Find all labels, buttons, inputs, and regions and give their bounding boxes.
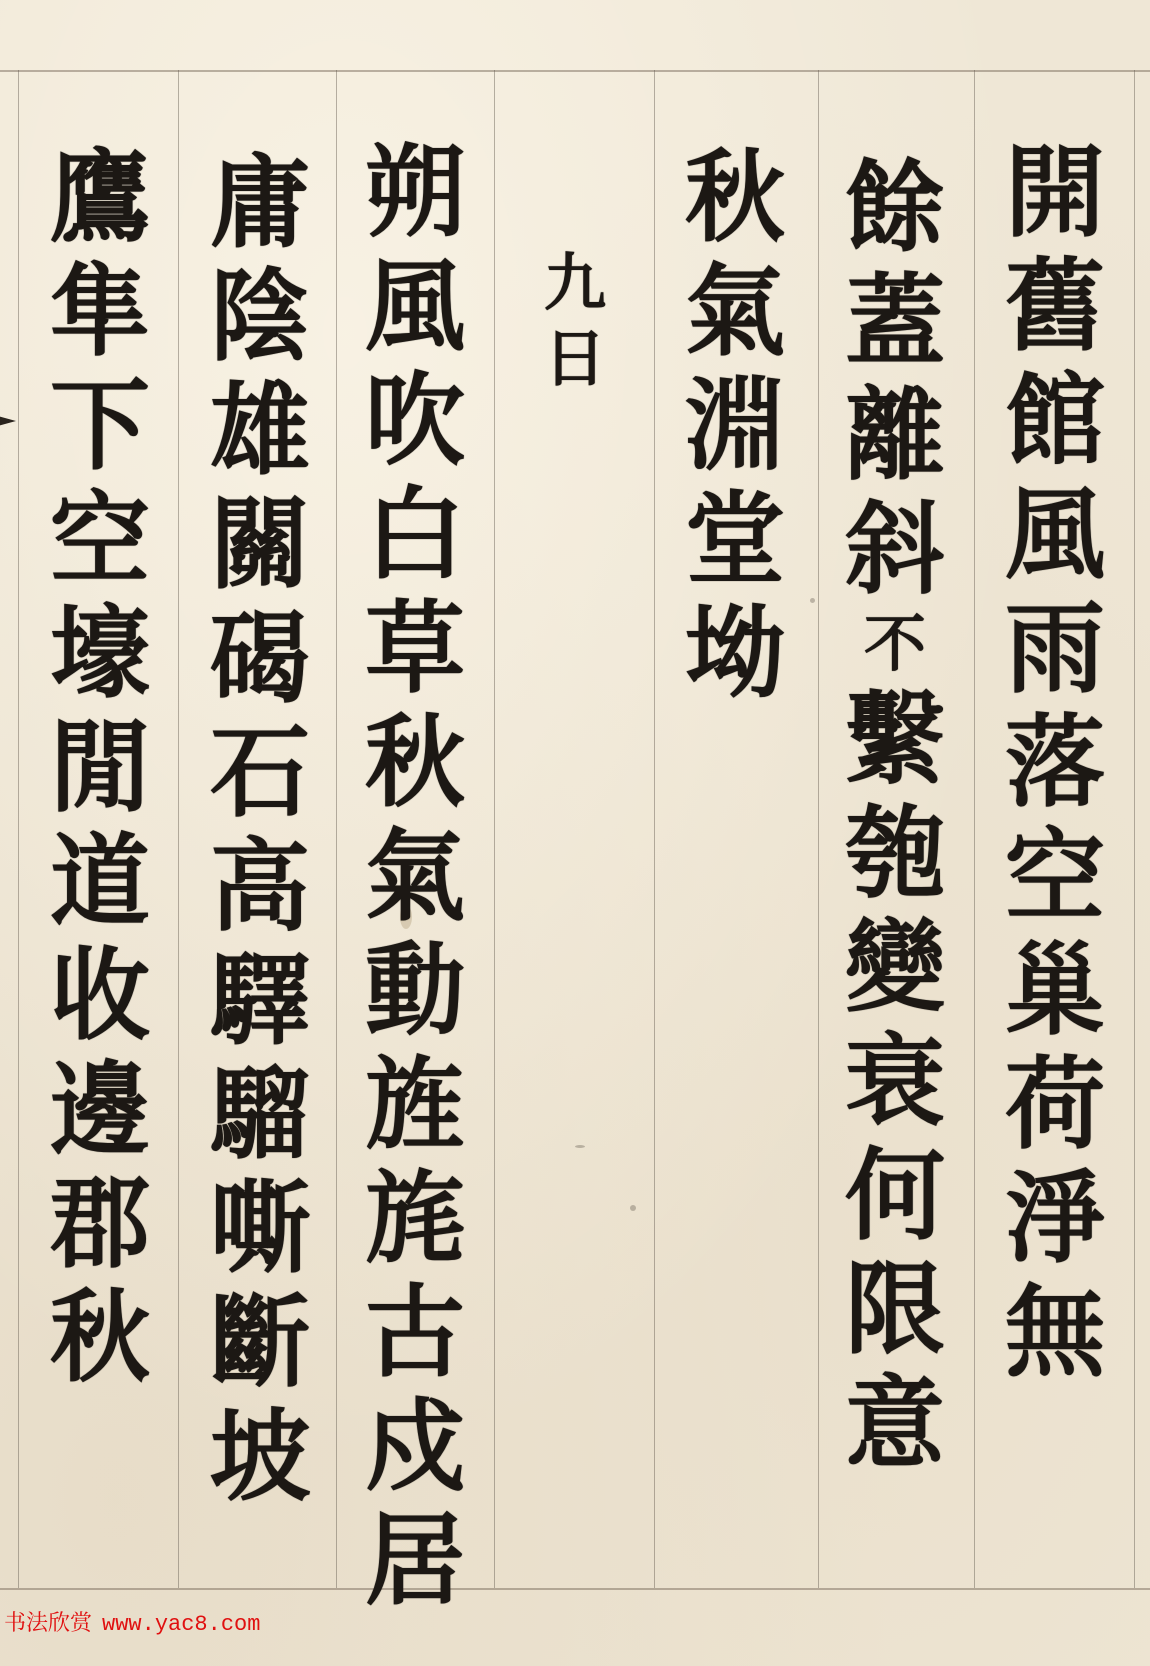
text-column-3: 秋 氣 淵 堂 坳 [680, 140, 790, 710]
glyph: 驛 [210, 943, 310, 1057]
glyph: 離 [845, 378, 945, 492]
paper-speck [810, 598, 815, 603]
glyph: 騮 [210, 1057, 310, 1171]
glyph: 邊 [50, 1052, 150, 1166]
glyph: 落 [1005, 705, 1105, 819]
glyph: 空 [1005, 819, 1105, 933]
glyph: 關 [210, 487, 310, 601]
glyph: 氣 [685, 254, 785, 368]
column-rule [336, 70, 337, 1588]
glyph: 淨 [1005, 1161, 1105, 1275]
glyph: 動 [365, 933, 465, 1047]
glyph: 風 [1005, 477, 1105, 591]
glyph: 白 [365, 477, 465, 591]
glyph: 堂 [685, 482, 785, 596]
watermark-url: www.yac8.com [102, 1612, 260, 1637]
bottom-border-rule [0, 1588, 1150, 1590]
glyph: 旌 [365, 1047, 465, 1161]
glyph: 舊 [1005, 249, 1105, 363]
glyph: 變 [845, 910, 945, 1024]
glyph-small: 不 [864, 606, 926, 682]
paper-speck [575, 1145, 585, 1148]
watermark-label: 书法欣赏 [4, 1611, 92, 1636]
glyph: 斜 [845, 492, 945, 606]
glyph: 開 [1005, 135, 1105, 249]
column-rule [1134, 70, 1135, 1588]
glyph: 秋 [685, 140, 785, 254]
glyph: 雨 [1005, 591, 1105, 705]
glyph: 館 [1005, 363, 1105, 477]
glyph: 嘶 [210, 1171, 310, 1285]
glyph: 秋 [365, 705, 465, 819]
glyph: 隼 [50, 254, 150, 368]
glyph: 荷 [1005, 1047, 1105, 1161]
text-column-7: 鷹 隼 下 空 壕 閒 道 收 邊 郡 秋 [45, 140, 155, 1394]
glyph: 坡 [210, 1399, 310, 1513]
glyph: 石 [210, 715, 310, 829]
glyph: 收 [50, 938, 150, 1052]
glyph: 古 [365, 1275, 465, 1389]
glyph: 居 [365, 1503, 465, 1617]
glyph: 壕 [50, 596, 150, 710]
glyph: 斷 [210, 1285, 310, 1399]
glyph: 高 [210, 829, 310, 943]
glyph: 道 [50, 824, 150, 938]
glyph: 無 [1005, 1275, 1105, 1389]
site-watermark: 书法欣赏www.yac8.com [4, 1606, 260, 1637]
top-border-rule [0, 70, 1150, 72]
glyph: 限 [845, 1252, 945, 1366]
glyph: 坳 [685, 596, 785, 710]
paper-speck [630, 1205, 636, 1211]
column-rule [494, 70, 495, 1588]
glyph: 風 [365, 249, 465, 363]
title-glyph: 日 [544, 321, 606, 397]
glyph: 閒 [50, 710, 150, 824]
glyph: 下 [50, 368, 150, 482]
column-rule [654, 70, 655, 1588]
text-column-1: 開 舊 館 風 雨 落 空 巢 荷 淨 無 [1000, 135, 1110, 1389]
glyph: 雄 [210, 373, 310, 487]
glyph: 庸 [210, 145, 310, 259]
glyph: 鷹 [50, 140, 150, 254]
poem-title: 九 日 [530, 245, 620, 397]
glyph: 郡 [50, 1166, 150, 1280]
column-rule [178, 70, 179, 1588]
glyph: 陰 [210, 259, 310, 373]
column-rule [974, 70, 975, 1588]
glyph: 何 [845, 1138, 945, 1252]
glyph: 繫 [845, 682, 945, 796]
glyph: 匏 [845, 796, 945, 910]
text-column-6: 庸 陰 雄 關 碣 石 高 驛 騮 嘶 斷 坡 [205, 145, 315, 1513]
glyph: 戍 [365, 1389, 465, 1503]
column-rule [18, 70, 19, 1588]
glyph: 草 [365, 591, 465, 705]
glyph: 意 [845, 1366, 945, 1480]
glyph: 秋 [50, 1280, 150, 1394]
glyph: 吹 [365, 363, 465, 477]
glyph: 氣 [365, 819, 465, 933]
text-column-2: 餘 蓋 離 斜 不 繫 匏 變 衰 何 限 意 [840, 150, 950, 1480]
glyph: 旄 [365, 1161, 465, 1275]
glyph: 蓋 [845, 264, 945, 378]
glyph: 巢 [1005, 933, 1105, 1047]
glyph: 朔 [365, 135, 465, 249]
glyph: 餘 [845, 150, 945, 264]
glyph: 空 [50, 482, 150, 596]
text-column-5: 朔 風 吹 白 草 秋 氣 動 旌 旄 古 戍 居 [360, 135, 470, 1617]
title-glyph: 九 [544, 245, 606, 321]
edge-ink-mark [0, 410, 16, 432]
glyph: 淵 [685, 368, 785, 482]
column-rule [818, 70, 819, 1588]
glyph: 衰 [845, 1024, 945, 1138]
glyph: 碣 [210, 601, 310, 715]
